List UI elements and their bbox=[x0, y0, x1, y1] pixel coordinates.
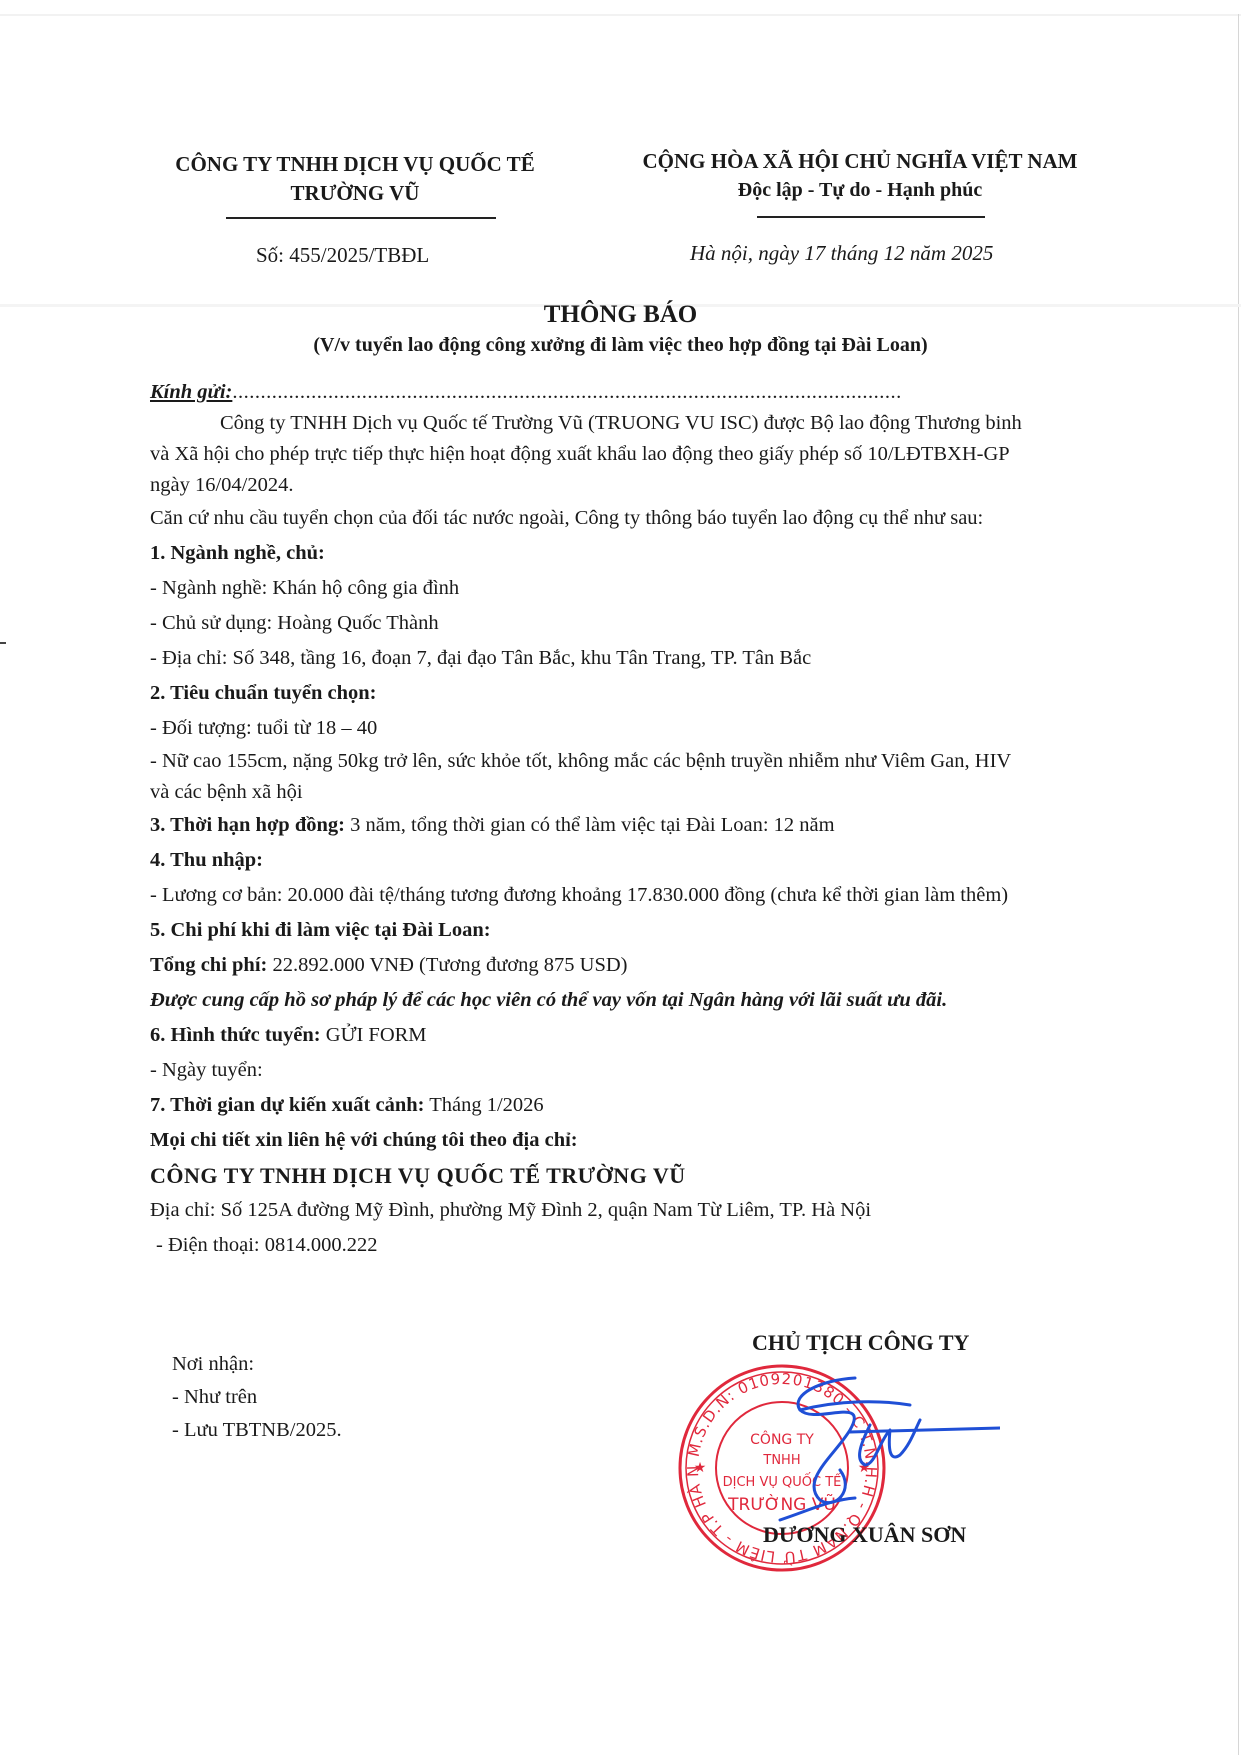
intro-line-3: ngày 16/04/2024. bbox=[150, 470, 1130, 501]
document-title: THÔNG BÁO bbox=[0, 301, 1241, 329]
section-2-item: và các bệnh xã hội bbox=[150, 777, 1130, 808]
section-1-item: - Chủ sử dụng: Hoàng Quốc Thành bbox=[150, 606, 1130, 641]
svg-text:★: ★ bbox=[694, 1460, 707, 1476]
nation-motto: Độc lập - Tự do - Hạnh phúc bbox=[610, 176, 1110, 205]
loan-note: Được cung cấp hồ sơ pháp lý để các học v… bbox=[150, 983, 1130, 1018]
scan-edge-top bbox=[0, 14, 1241, 16]
contact-address: Địa chỉ: Số 125A đường Mỹ Đình, phường M… bbox=[150, 1193, 1130, 1228]
scan-edge-right bbox=[1238, 14, 1239, 1755]
issuer-divider bbox=[226, 217, 496, 219]
contact-phone: - Điện thoại: 0814.000.222 bbox=[150, 1228, 1130, 1263]
salutation: Kính gửi:...............................… bbox=[150, 377, 1130, 408]
section-6-item: - Ngày tuyển: bbox=[150, 1053, 1130, 1088]
section-1-item: - Ngành nghề: Khán hộ công gia đình bbox=[150, 571, 1130, 606]
section-2-heading: 2. Tiêu chuẩn tuyển chọn: bbox=[150, 676, 1130, 711]
total-cost-value: 22.892.000 VNĐ (Tương đương 875 USD) bbox=[267, 954, 627, 976]
intro-line-1: Công ty TNHH Dịch vụ Quốc tế Trường Vũ (… bbox=[150, 408, 1130, 439]
section-2-item: - Nữ cao 155cm, nặng 50kg trở lên, sức k… bbox=[150, 746, 1130, 777]
recipient-item: - Như trên bbox=[172, 1381, 342, 1414]
section-6-label: 6. Hình thức tuyển: bbox=[150, 1024, 321, 1046]
issuer-block: CÔNG TY TNHH DỊCH VỤ QUỐC TẾ TRƯỜNG VŨ bbox=[130, 150, 580, 208]
salutation-label: Kính gửi: bbox=[150, 381, 232, 403]
contact-company: CÔNG TY TNHH DỊCH VỤ QUỐC TẾ TRƯỜNG VŨ bbox=[150, 1158, 1130, 1193]
recipients-label: Nơi nhận: bbox=[172, 1348, 342, 1381]
section-5-total: Tổng chi phí: 22.892.000 VNĐ (Tương đươn… bbox=[150, 948, 1130, 983]
section-4-heading: 4. Thu nhập: bbox=[150, 843, 1130, 878]
nation-title: CỘNG HÒA XÃ HỘI CHỦ NGHĨA VIỆT NAM bbox=[610, 147, 1110, 176]
section-1-item: - Địa chỉ: Số 348, tầng 16, đoạn 7, đại … bbox=[150, 641, 1130, 676]
contact-heading: Mọi chi tiết xin liên hệ với chúng tôi t… bbox=[150, 1123, 1130, 1158]
section-1-heading: 1. Ngành nghề, chủ: bbox=[150, 536, 1130, 571]
document-subtitle: (V/v tuyển lao động công xưởng đi làm vi… bbox=[0, 334, 1241, 357]
section-7: 7. Thời gian dự kiến xuất cảnh: Tháng 1/… bbox=[150, 1088, 1130, 1123]
section-5-heading: 5. Chi phí khi đi làm việc tại Đài Loan: bbox=[150, 913, 1130, 948]
section-7-value: Tháng 1/2026 bbox=[424, 1094, 543, 1116]
section-3-value: 3 năm, tổng thời gian có thể làm việc tạ… bbox=[345, 814, 835, 836]
total-cost-label: Tổng chi phí: bbox=[150, 954, 267, 976]
issuer-company-line1: CÔNG TY TNHH DỊCH VỤ QUỐC TẾ bbox=[130, 150, 580, 179]
issuer-company-line2: TRƯỜNG VŨ bbox=[130, 179, 580, 208]
salutation-dots: ........................................… bbox=[232, 381, 901, 403]
recipient-item: - Lưu TBTNB/2025. bbox=[172, 1414, 342, 1447]
section-3: 3. Thời hạn hợp đồng: 3 năm, tổng thời g… bbox=[150, 808, 1130, 843]
document-body: Kính gửi:...............................… bbox=[150, 377, 1130, 1263]
section-2-item: - Đối tượng: tuổi từ 18 – 40 bbox=[150, 711, 1130, 746]
document-number: Số: 455/2025/TBĐL bbox=[256, 243, 429, 268]
signature-scribble bbox=[760, 1370, 1000, 1540]
intro-line-2: và Xã hội cho phép trực tiếp thực hiện h… bbox=[150, 439, 1130, 470]
scan-mark bbox=[0, 642, 6, 644]
section-7-label: 7. Thời gian dự kiến xuất cảnh: bbox=[150, 1094, 424, 1116]
intro-line-4: Căn cứ nhu cầu tuyển chọn của đối tác nư… bbox=[150, 501, 1130, 536]
section-6-value: GỬI FORM bbox=[321, 1024, 427, 1046]
signer-title: CHỦ TỊCH CÔNG TY bbox=[752, 1330, 969, 1356]
recipients-block: Nơi nhận: - Như trên - Lưu TBTNB/2025. bbox=[172, 1348, 342, 1447]
section-6: 6. Hình thức tuyển: GỬI FORM bbox=[150, 1018, 1130, 1053]
motto-divider bbox=[757, 216, 985, 218]
nation-block: CỘNG HÒA XÃ HỘI CHỦ NGHĨA VIỆT NAM Độc l… bbox=[610, 147, 1110, 205]
section-4-item: - Lương cơ bản: 20.000 đài tệ/tháng tươn… bbox=[150, 878, 1130, 913]
place-date: Hà nội, ngày 17 tháng 12 năm 2025 bbox=[690, 241, 993, 266]
section-3-label: 3. Thời hạn hợp đồng: bbox=[150, 814, 345, 836]
